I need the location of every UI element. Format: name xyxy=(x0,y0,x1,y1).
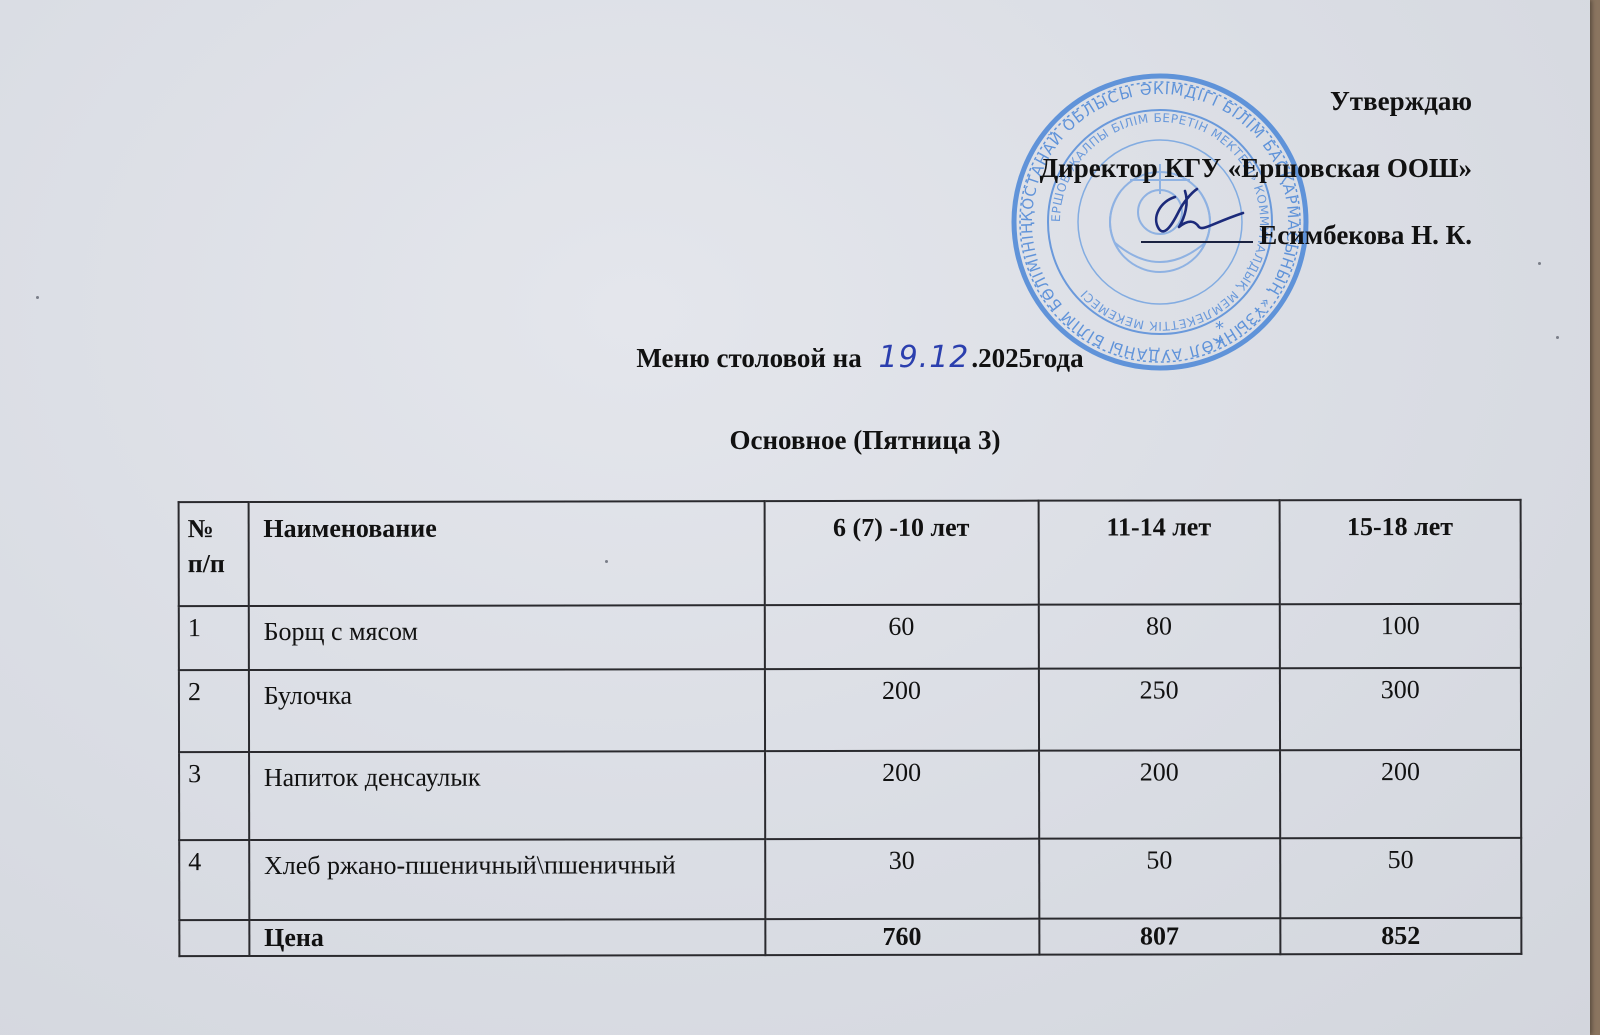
row-age2: 80 xyxy=(1038,604,1279,668)
row-name: Напиток денсаулык xyxy=(249,751,765,840)
director-name: Есимбекова Н. К. xyxy=(1259,222,1472,249)
document-page: ҚОСТАНАЙ ОБЛЫСЫ ӘКІМДІГІ БІЛІМ БАСҚАРМАС… xyxy=(0,0,1590,1035)
header-age-6-10: 6 (7) -10 лет xyxy=(764,501,1038,605)
approval-heading: Утверждаю xyxy=(1040,88,1472,115)
total-num xyxy=(179,920,249,956)
row-num: 4 xyxy=(179,840,249,920)
row-age3: 50 xyxy=(1280,838,1521,918)
row-age3: 100 xyxy=(1280,604,1521,668)
row-age1: 200 xyxy=(765,669,1039,751)
total-age3: 852 xyxy=(1280,918,1521,954)
row-num: 1 xyxy=(179,606,249,670)
page-title: Меню столовой на 19.12.2025года xyxy=(0,340,1590,375)
table-row: 2 Булочка 200 250 300 xyxy=(179,668,1521,752)
paper-speck xyxy=(36,296,39,299)
menu-table: № п/п Наименование 6 (7) -10 лет 11-14 л… xyxy=(178,499,1523,957)
row-age1: 60 xyxy=(764,605,1038,669)
paper-speck xyxy=(1538,262,1541,265)
row-name: Борщ с мясом xyxy=(249,605,765,670)
title-suffix: .2025года xyxy=(971,343,1083,373)
row-age1: 30 xyxy=(765,839,1039,919)
total-label: Цена xyxy=(249,919,765,956)
paper-speck xyxy=(605,560,608,563)
row-age2: 200 xyxy=(1039,750,1280,838)
header-num: № п/п xyxy=(179,502,249,606)
menu-subtitle: Основное (Пятница 3) xyxy=(0,425,1590,456)
title-prefix: Меню столовой на xyxy=(636,343,861,373)
row-age2: 50 xyxy=(1039,838,1280,918)
header-name: Наименование xyxy=(248,501,764,606)
approval-block: Утверждаю Директор КГУ «Ершовская ООШ» Е… xyxy=(1040,88,1472,249)
total-age1: 760 xyxy=(765,919,1039,955)
table-row: 3 Напиток денсаулык 200 200 200 xyxy=(179,750,1521,840)
row-name: Хлеб ржано-пшеничный\пшеничный xyxy=(249,839,765,920)
row-age3: 200 xyxy=(1280,750,1521,838)
paper-speck xyxy=(1556,336,1559,339)
row-name: Булочка xyxy=(249,669,765,752)
table-row: 1 Борщ с мясом 60 80 100 xyxy=(179,604,1521,670)
signature-icon xyxy=(1139,183,1249,241)
row-num: 2 xyxy=(179,670,249,752)
header-age-11-14: 11-14 лет xyxy=(1038,500,1279,604)
row-num: 3 xyxy=(179,752,249,840)
row-age2: 250 xyxy=(1038,668,1279,750)
header-age-15-18: 15-18 лет xyxy=(1279,500,1520,604)
row-age3: 300 xyxy=(1280,668,1521,750)
table-total-row: Цена 760 807 852 xyxy=(179,918,1521,956)
handwritten-date: 19.12 xyxy=(878,340,969,375)
table-header-row: № п/п Наименование 6 (7) -10 лет 11-14 л… xyxy=(179,500,1521,606)
signature-line: Есимбекова Н. К. xyxy=(1040,222,1472,249)
row-age1: 200 xyxy=(765,751,1039,839)
table-row: 4 Хлеб ржано-пшеничный\пшеничный 30 50 5… xyxy=(179,838,1521,920)
svg-text:*: * xyxy=(1215,318,1224,339)
signature-underline xyxy=(1141,241,1253,243)
director-position: Директор КГУ «Ершовская ООШ» xyxy=(1040,155,1472,182)
total-age2: 807 xyxy=(1039,918,1280,954)
